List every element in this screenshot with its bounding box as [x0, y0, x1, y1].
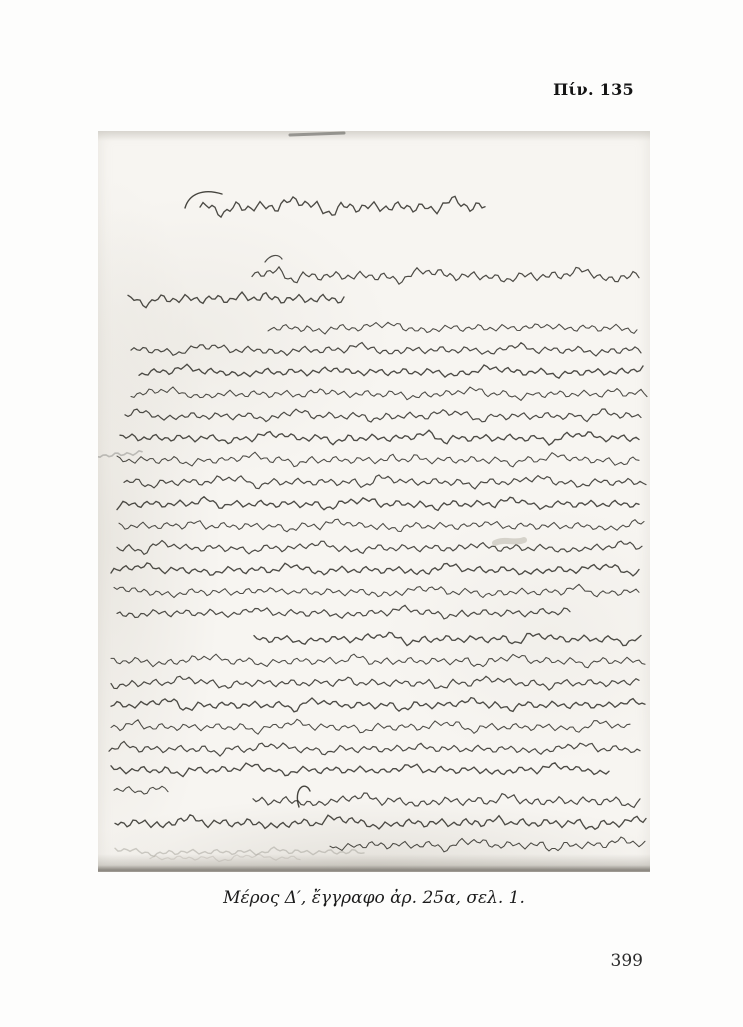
manuscript-photo	[98, 131, 650, 872]
manuscript-svg	[98, 131, 650, 872]
plate-label: Πίν. 135	[553, 80, 634, 99]
book-page: Πίν. 135 Μέρος Δ′, ἔγγραφο ἀρ. 25α, σελ.…	[0, 0, 743, 1027]
page-number: 399	[611, 951, 643, 971]
figure-caption: Μέρος Δ′, ἔγγραφο ἀρ. 25α, σελ. 1.	[98, 888, 650, 908]
photo-bottom-edge	[98, 854, 650, 872]
